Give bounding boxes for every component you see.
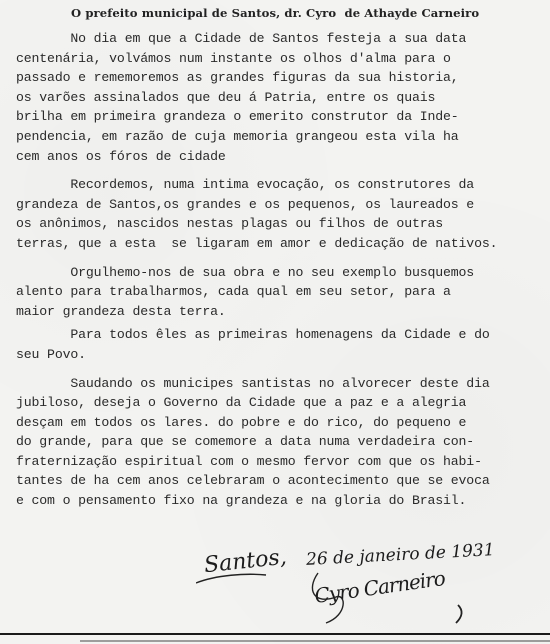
text-line: Saudando os municipes santistas no alvor… [16,374,546,394]
text-line: pendencia, em razão de cuja memoria gran… [16,127,546,147]
paragraph-2: Recordemos, numa intima evocação, os con… [16,175,546,253]
text-line: grandeza de Santos,os grandes e os peque… [16,195,546,215]
text-line: maior grandeza desta terra. [16,302,546,322]
text-line: passado e rememoremos as grandes figuras… [16,68,546,88]
text-line: brilha em primeira grandeza o emerito co… [16,107,546,127]
text-line: os anônimos, nascidos nestas plagas ou f… [16,214,546,234]
scanned-document-page: O prefeito municipal de Santos, dr. Cyro… [0,0,550,644]
paragraph-4: Para todos êles as primeiras homenagens … [16,325,546,364]
document-title: O prefeito municipal de Santos, dr. Cyro… [71,6,479,20]
text-line: Para todos êles as primeiras homenagens … [16,325,546,345]
text-line: jubiloso, deseja o Governo da Cidade que… [16,393,546,413]
signature-flourish-icon [196,545,546,625]
text-line: tantes de ha cem anos celebraram o acont… [16,471,546,491]
text-line: cem anos os fóros de cidade [16,147,546,167]
text-line: e com o pensamento fixo na grandeza e na… [16,491,546,511]
text-line: Recordemos, numa intima evocação, os con… [16,175,546,195]
text-line: os varões assinalados que deu á Patria, … [16,88,546,108]
text-line: Orgulhemo-nos de sua obra e no seu exemp… [16,263,546,283]
text-line: No dia em que a Cidade de Santos festeja… [16,29,546,49]
bottom-border-line-secondary [80,640,550,642]
paragraph-spacer [16,166,546,175]
text-line: centenária, volvámos num instante os olh… [16,49,546,69]
handwritten-signature-block: Santos, 26 de janeiro de 1931 Cyro Carne… [196,545,546,625]
bottom-border-line [0,633,550,635]
paragraph-spacer [16,365,546,374]
paragraph-spacer [16,254,546,263]
text-line: alento para trabalharmos, cada qual em s… [16,282,546,302]
text-line: do grande, para que se comemore a data n… [16,432,546,452]
text-line: fraternização espiritual com o mesmo fer… [16,452,546,472]
text-line: desçam em todos os lares. do pobre e do … [16,413,546,433]
document-body: No dia em que a Cidade de Santos festeja… [16,29,546,511]
paragraph-3: Orgulhemo-nos de sua obra e no seu exemp… [16,263,546,322]
paragraph-5: Saudando os municipes santistas no alvor… [16,374,546,511]
text-line: seu Povo. [16,345,546,365]
text-line: terras, que a esta se ligaram em amor e … [16,234,546,254]
paragraph-1: No dia em que a Cidade de Santos festeja… [16,29,546,166]
